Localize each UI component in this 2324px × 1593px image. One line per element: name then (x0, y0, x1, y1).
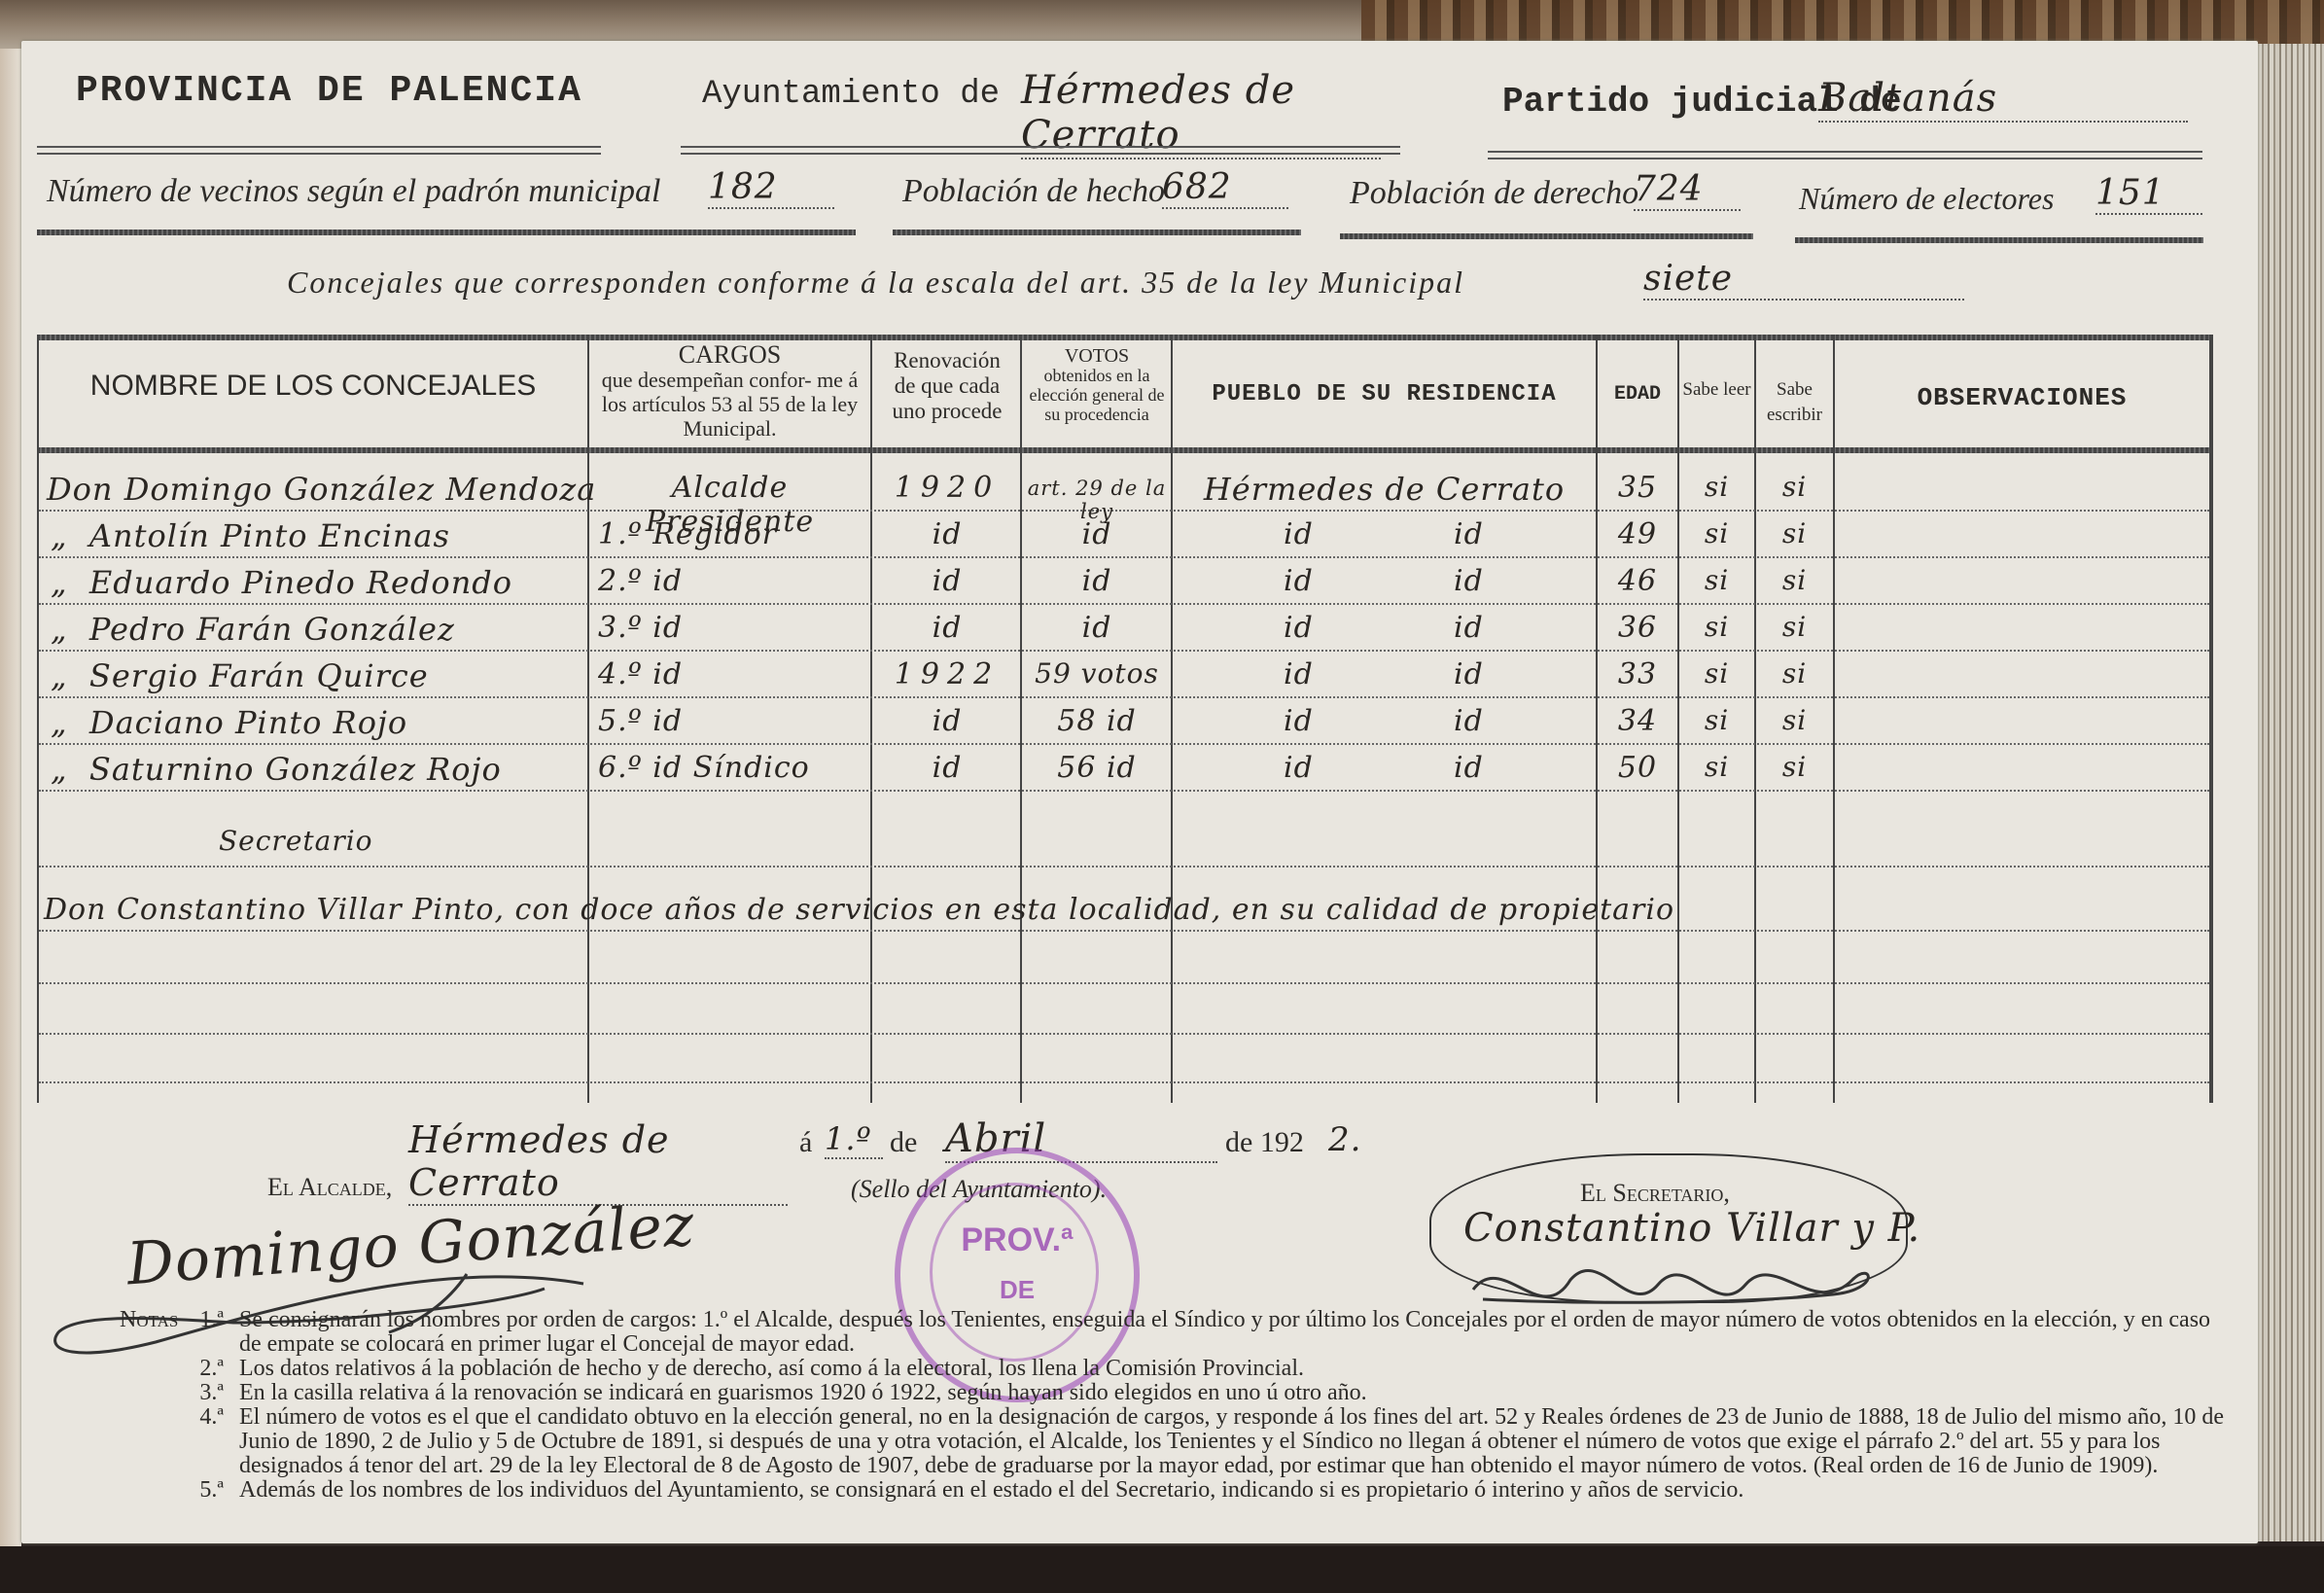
vecinos-value: 182 (708, 167, 834, 209)
cell-pueblo: id (1284, 564, 1314, 598)
header-renovacion: Renovación de que cada uno procede (881, 348, 1013, 424)
header-observaciones: OBSERVACIONES (1835, 383, 2209, 412)
secretario-signature: Constantino Villar y P. (1463, 1206, 1920, 1251)
cell-escribir: si (1756, 517, 1833, 549)
cell-cargo: 4.º id (598, 657, 683, 691)
column-divider (587, 335, 589, 1103)
row-rule (39, 790, 2209, 792)
secretario-heading: Secretario (219, 825, 373, 857)
concejales-label: Concejales que corresponden conforme á l… (287, 265, 1464, 301)
header-escribir: Sabe escribir (1756, 377, 1833, 428)
date-de: de (890, 1126, 917, 1159)
cell-pueblo: id (1284, 704, 1314, 738)
derecho-value: 724 (1634, 169, 1741, 211)
secretario-label: El Secretario, (1580, 1179, 1730, 1208)
stamp-text-prov: PROV.ª (939, 1221, 1095, 1259)
column-divider (1020, 335, 1022, 1103)
cell-votos: id (1023, 564, 1171, 598)
cell-pueblo: Hérmedes de Cerrato (1173, 471, 1596, 508)
note-item: 5.ª Además de los nombres de los individ… (68, 1478, 2236, 1503)
header-votos-title: VOTOS (1023, 346, 1171, 366)
row-rule (39, 982, 2209, 984)
note-num: 1.ª (199, 1307, 224, 1332)
cell-votos: id (1023, 517, 1171, 551)
header-cargos-sub: que desempeñan confor- me á los artículo… (589, 368, 870, 441)
date-year-prefix: de 192 (1225, 1126, 1304, 1159)
cell-nombre: Domingo González Mendoza (124, 471, 597, 508)
column-divider (1833, 335, 1835, 1103)
cell-escribir: si (1756, 704, 1833, 736)
row-rule (39, 866, 2209, 867)
cell-edad: 33 (1598, 657, 1677, 691)
table-row: Don Domingo González Mendoza (47, 471, 587, 508)
cell-leer: si (1679, 564, 1754, 596)
divider (37, 230, 856, 235)
cell-renovacion: id (881, 517, 1013, 551)
cell-leer: si (1679, 471, 1754, 503)
cell-leer: si (1679, 704, 1754, 736)
cell-nombre: Saturnino González Rojo (89, 751, 502, 788)
row-prefix: Don (47, 471, 114, 508)
table-row: „ Saturnino González Rojo (51, 751, 502, 788)
date-day: 1.º (825, 1120, 883, 1159)
book-cover-marbled (1361, 0, 2324, 44)
cell-leer: si (1679, 517, 1754, 549)
cell-nombre: Eduardo Pinedo Redondo (89, 564, 512, 601)
divider (893, 230, 1301, 235)
cell-cargo: 2.º id (598, 564, 683, 598)
cell-votos: art. 29 de la ley (1023, 477, 1171, 523)
concejales-value: siete (1643, 259, 1964, 301)
book-gutter (0, 49, 21, 1546)
partido-value: Baltanás (1818, 76, 2188, 123)
column-divider (870, 335, 872, 1103)
table-row: „ Pedro Farán González (51, 611, 455, 648)
derecho-label: Población de derecho (1350, 175, 1638, 212)
cell-cargo: 1.º Regidor (598, 517, 777, 551)
table-row: „ Eduardo Pinedo Redondo (51, 564, 512, 601)
note-number: Notas1.ª (68, 1308, 239, 1357)
note-text: Los datos relativos á la población de he… (239, 1357, 2236, 1381)
cell-escribir: si (1756, 564, 1833, 596)
header-leer: Sabe leer (1679, 377, 1754, 403)
stamp-text-de: DE (939, 1275, 1095, 1305)
table-row: „ Sergio Farán Quirce (51, 657, 429, 694)
cell-pueblo-2: id (1454, 517, 1484, 551)
cell-leer: si (1679, 751, 1754, 783)
cell-edad: 46 (1598, 564, 1677, 598)
cell-pueblo-2: id (1454, 611, 1484, 645)
row-rule (39, 1081, 2209, 1083)
divider (1795, 237, 2203, 243)
cell-pueblo-2: id (1454, 564, 1484, 598)
cell-pueblo: id (1284, 751, 1314, 785)
cell-leer: si (1679, 657, 1754, 690)
note-number: 2.ª (68, 1357, 239, 1381)
note-number: 5.ª (68, 1478, 239, 1503)
cell-renovacion: 1922 (881, 657, 1013, 691)
row-rule (39, 556, 2209, 558)
note-item: Notas1.ª Se consignarán los nombres por … (68, 1308, 2236, 1357)
note-item: 3.ª En la casilla relativa á la renovaci… (68, 1381, 2236, 1405)
cell-pueblo-2: id (1454, 657, 1484, 691)
cell-pueblo: id (1284, 657, 1314, 691)
cell-edad: 36 (1598, 611, 1677, 645)
note-item: 4.ª El número de votos es el que el cand… (68, 1405, 2236, 1478)
row-prefix: „ (51, 657, 68, 694)
note-text: Se consignarán los nombres por orden de … (239, 1308, 2236, 1357)
cell-edad: 49 (1598, 517, 1677, 551)
header-votos-sub: obtenidos en la elección general de su p… (1023, 366, 1171, 424)
divider (1488, 151, 2202, 159)
table-header-rule (37, 447, 2211, 453)
date-year-digit: 2. (1328, 1120, 1361, 1159)
notes-label: Notas (120, 1307, 178, 1332)
cell-pueblo-2: id (1454, 751, 1484, 785)
column-divider (1171, 335, 1173, 1103)
cell-escribir: si (1756, 611, 1833, 643)
cell-renovacion: id (881, 611, 1013, 645)
cell-nombre: Pedro Farán González (89, 611, 455, 648)
header-pueblo: PUEBLO DE SU RESIDENCIA (1173, 381, 1596, 407)
row-prefix: „ (51, 751, 68, 788)
cell-votos: 56 id (1023, 751, 1171, 785)
cell-cargo: 5.º id (598, 704, 683, 738)
hecho-value: 682 (1162, 167, 1288, 209)
province-title: PROVINCIA DE PALENCIA (76, 70, 582, 112)
row-rule (39, 603, 2209, 605)
note-item: 2.ª Los datos relativos á la población d… (68, 1357, 2236, 1381)
row-rule (39, 743, 2209, 745)
cell-edad: 50 (1598, 751, 1677, 785)
cell-nombre: Antolín Pinto Encinas (89, 517, 450, 554)
note-text: En la casilla relativa á la renovación s… (239, 1381, 2236, 1405)
cell-renovacion: id (881, 564, 1013, 598)
hecho-label: Población de hecho (902, 173, 1165, 210)
divider (681, 146, 1400, 155)
cell-votos: 58 id (1023, 704, 1171, 738)
divider (1340, 233, 1753, 239)
row-rule (39, 696, 2209, 698)
divider (37, 146, 601, 155)
header-votos: VOTOS obtenidos en la elección general d… (1023, 346, 1171, 424)
cell-cargo: 3.º id (598, 611, 683, 645)
cell-pueblo-2: id (1454, 704, 1484, 738)
note-number: 3.ª (68, 1381, 239, 1405)
row-prefix: „ (51, 564, 68, 601)
table-top-rule (37, 335, 2211, 340)
electores-label: Número de electores (1799, 181, 2054, 217)
cell-edad: 34 (1598, 704, 1677, 738)
row-rule (39, 930, 2209, 932)
cell-escribir: si (1756, 751, 1833, 783)
cell-votos: id (1023, 611, 1171, 645)
background (0, 1546, 2324, 1593)
cell-votos: 59 votos (1023, 657, 1171, 690)
table-border-left (37, 335, 39, 1103)
cell-nombre: Sergio Farán Quirce (89, 657, 429, 694)
cell-renovacion: 1920 (881, 471, 1013, 505)
cell-pueblo: id (1284, 611, 1314, 645)
alcalde-label: El Alcalde, (267, 1173, 392, 1202)
cell-renovacion: id (881, 704, 1013, 738)
row-rule (39, 1033, 2209, 1035)
cell-escribir: si (1756, 657, 1833, 690)
header-nombre: NOMBRE DE LOS CONCEJALES (39, 370, 587, 403)
note-text: El número de votos es el que el candidat… (239, 1405, 2236, 1478)
note-number: 4.ª (68, 1405, 239, 1478)
row-prefix: „ (51, 611, 68, 648)
cell-renovacion: id (881, 751, 1013, 785)
table-border-right (2209, 335, 2213, 1103)
header-edad: EDAD (1598, 383, 1677, 406)
date-place: Hérmedes de Cerrato (408, 1118, 788, 1206)
page-stack-edge (2258, 44, 2324, 1541)
cell-leer: si (1679, 611, 1754, 643)
note-text: Además de los nombres de los individuos … (239, 1478, 2236, 1503)
secretario-line: Don Constantino Villar Pinto, con doce a… (44, 893, 1674, 927)
row-prefix: „ (51, 517, 68, 554)
table-row: „ Daciano Pinto Rojo (51, 704, 407, 741)
vecinos-label: Número de vecinos según el padrón munici… (47, 173, 660, 210)
cell-escribir: si (1756, 471, 1833, 503)
header-cargos-title: CARGOS (589, 342, 870, 368)
cell-edad: 35 (1598, 471, 1677, 505)
row-rule (39, 650, 2209, 652)
row-prefix: „ (51, 704, 68, 741)
table-row: „ Antolín Pinto Encinas (51, 517, 450, 554)
notes-section: Notas1.ª Se consignarán los nombres por … (68, 1308, 2236, 1503)
date-a: á (799, 1126, 812, 1159)
cell-cargo: 6.º id Síndico (598, 751, 810, 785)
ayuntamiento-label: Ayuntamiento de (702, 76, 1000, 113)
header-cargos: CARGOS que desempeñan confor- me á los a… (589, 342, 870, 441)
electores-value: 151 (2095, 173, 2202, 215)
cell-nombre: Daciano Pinto Rojo (89, 704, 407, 741)
cell-pueblo: id (1284, 517, 1314, 551)
